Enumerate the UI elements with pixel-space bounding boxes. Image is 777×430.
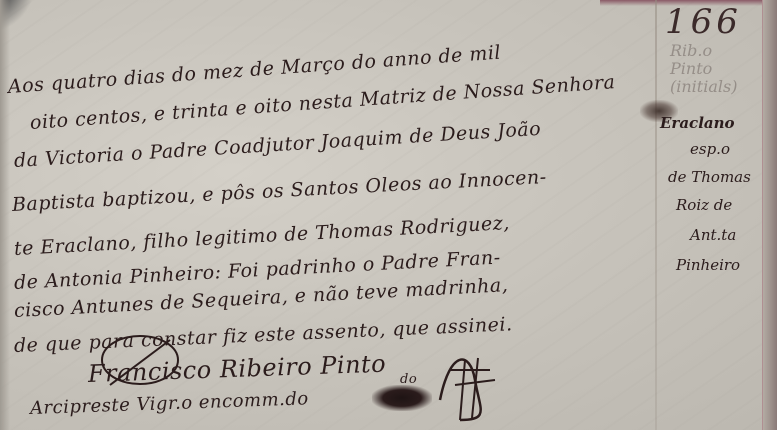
page-left-edge: [0, 0, 10, 430]
folio-number: 166: [665, 2, 742, 42]
margin-note-line-5: Ant.ta: [690, 226, 736, 244]
margin-stamp: Rib.o Pinto (initials): [670, 42, 752, 98]
record-line-4: Baptista baptizou, e pôs os Santos Oleos…: [11, 166, 547, 216]
margin-note-line-1: Eraclano: [660, 114, 735, 132]
margin-note-line-4: Roiz de: [676, 196, 732, 214]
document-scan: 166 Rib.o Pinto (initials) Aos quatro di…: [0, 0, 777, 430]
margin-note-line-3: de Thomas: [668, 168, 751, 186]
book-binding: [762, 0, 777, 430]
margin-rule: [655, 0, 657, 430]
margin-note-line-2: esp.o: [690, 140, 730, 158]
rubric-flourish-icon: [430, 340, 500, 425]
ink-blot-signature: [372, 385, 432, 411]
record-line-8: de que para constar fiz este assento, qu…: [14, 313, 513, 357]
signature-title: Arcipreste Vigr.o encomm.do: [30, 388, 309, 419]
margin-note-line-6: Pinheiro: [676, 256, 740, 274]
signature-name: Francisco Ribeiro Pinto: [88, 350, 387, 388]
